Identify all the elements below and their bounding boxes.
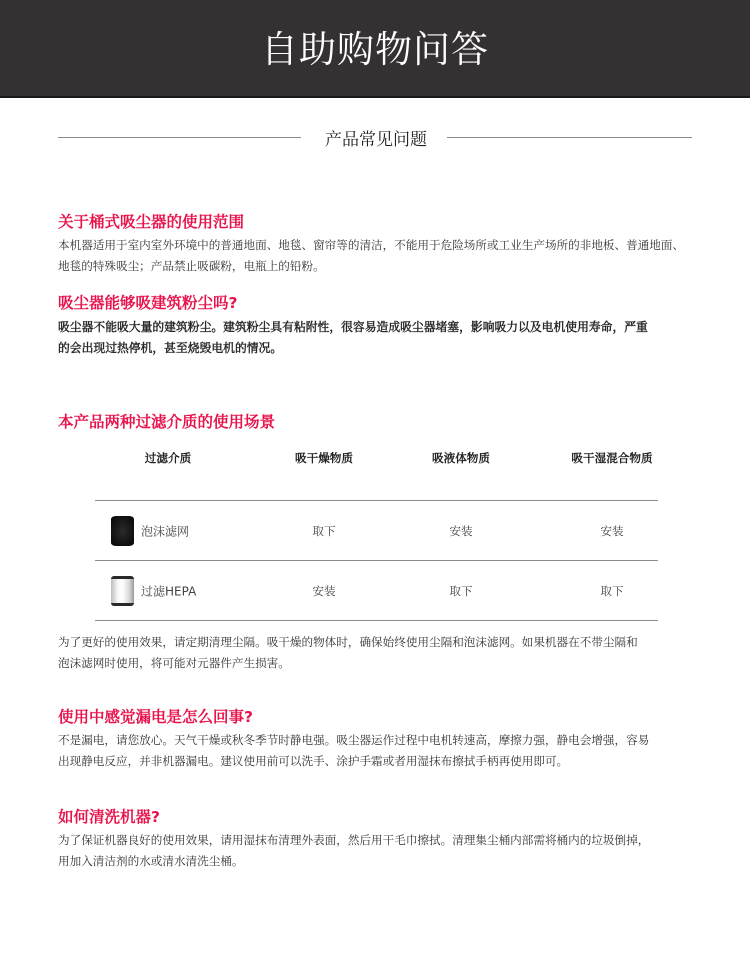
table-header-filter: 过滤介质 (145, 450, 191, 466)
cell-dry: 安装 (312, 583, 335, 599)
faq-question-filter-scenarios: 本产品两种过滤介质的使用场景 (58, 410, 275, 432)
faq-answer-construction-dust: 吸尘器不能吸大量的建筑粉尘。建筑粉尘具有粘附性，很容易造成吸尘器堵塞，影响吸力以… (58, 317, 708, 359)
section-header: 产品常见问题 (58, 125, 692, 149)
table-header-row: 过滤介质 吸干燥物质 吸液体物质 吸干湿混合物质 (95, 450, 658, 472)
faq-answer-usage-scope: 本机器适用于室内室外环境中的普通地面、地毯、窗帘等的清洁，不能用于危险场所或工业… (58, 235, 708, 277)
faq-answer-cleaning: 为了保证机器良好的使用效果，请用湿抹布清理外表面，然后用干毛巾擦拭。清理集尘桶内… (58, 830, 708, 872)
cell-liquid: 安装 (449, 523, 472, 539)
cell-dry: 取下 (312, 523, 335, 539)
cell-mixed: 取下 (600, 583, 623, 599)
divider-line-right (447, 137, 692, 138)
filter-name: 泡沫滤网 (141, 523, 189, 540)
faq-answer-static-shock: 不是漏电，请您放心。天气干燥或秋冬季节时静电强。吸尘器运作过程中电机转速高，摩擦… (58, 730, 708, 772)
filter-note: 为了更好的使用效果，请定期清理尘隔。吸干燥的物体时，确保始终使用尘隔和泡沫滤网。… (58, 632, 708, 674)
cell-mixed: 安装 (600, 523, 623, 539)
page-title: 自助购物问答 (261, 19, 489, 73)
page-banner: 自助购物问答 (0, 0, 750, 98)
table-header-dry: 吸干燥物质 (295, 450, 353, 466)
table-row: 过滤HEPA 安装 取下 取下 (95, 561, 658, 621)
table-header-mixed: 吸干湿混合物质 (571, 450, 652, 466)
filter-name: 过滤HEPA (141, 583, 196, 600)
table-header-liquid: 吸液体物质 (432, 450, 490, 466)
section-title: 产品常见问题 (318, 125, 434, 150)
table-divider (95, 620, 658, 621)
table-row: 泡沫滤网 取下 安装 安装 (95, 501, 658, 561)
divider-line-left (58, 137, 301, 138)
faq-question-usage-scope: 关于桶式吸尘器的使用范围 (58, 210, 244, 232)
faq-question-construction-dust: 吸尘器能够吸建筑粉尘吗? (58, 291, 238, 313)
faq-question-static-shock: 使用中感觉漏电是怎么回事? (58, 705, 253, 727)
hepa-filter-icon (111, 576, 134, 606)
faq-question-cleaning: 如何清洗机器? (58, 805, 160, 827)
cell-liquid: 取下 (449, 583, 472, 599)
foam-filter-icon (111, 516, 134, 546)
